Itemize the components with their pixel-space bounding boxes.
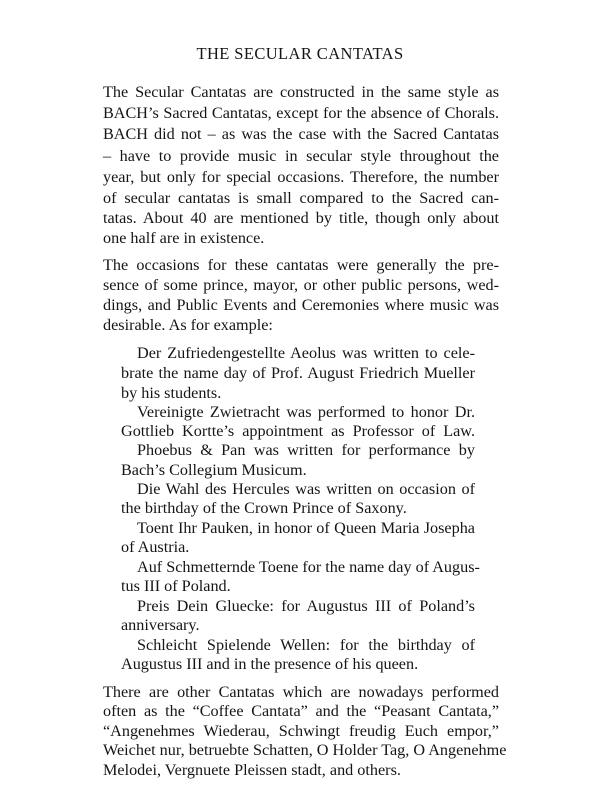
text-line: Melodei, Vergnuete Pleissen stadt, and o…: [103, 760, 499, 780]
text-line: tatas. About 40 are mentioned by title, …: [103, 208, 499, 228]
text-line: BACH’s Sacred Cantatas, except for the a…: [103, 103, 499, 123]
text-line: The Secular Cantatas are constructed in …: [103, 82, 499, 102]
text-line: Der Zufriedengestellte Aeolus was writte…: [137, 343, 475, 363]
text-line: BACH did not – as was the case with the …: [103, 124, 499, 144]
text-line: Die Wahl des Hercules was written on occ…: [137, 479, 475, 499]
text-line: Auf Schmetternde Toene for the name day …: [137, 557, 475, 577]
text-line: Vereinigte Zwietracht was performed to h…: [137, 402, 475, 422]
text-line: There are other Cantatas which are nowad…: [103, 682, 499, 702]
text-line: anniversary.: [121, 615, 475, 635]
text-line: desirable. As for example:: [103, 315, 499, 335]
text-line: the birthday of the Crown Prince of Saxo…: [121, 498, 475, 518]
text-line: of Austria.: [121, 537, 475, 557]
text-line: Gottlieb Kortte’s appointment as Profess…: [121, 421, 475, 441]
text-line: sence of some prince, mayor, or other pu…: [103, 275, 499, 295]
text-line: tus III of Poland.: [121, 576, 475, 596]
text-line: Toent Ihr Pauken, in honor of Queen Mari…: [137, 518, 475, 538]
text-line: Preis Dein Gluecke: for Augustus III of …: [137, 596, 475, 616]
text-line: Phoebus & Pan was written for performanc…: [137, 440, 475, 460]
text-line: Augustus III and in the presence of his …: [121, 654, 475, 674]
text-line: – have to provide music in secular style…: [103, 146, 499, 166]
text-line: of secular cantatas is small compared to…: [103, 188, 499, 208]
text-line: The occasions for these cantatas were ge…: [103, 255, 499, 275]
text-line: year, but only for special occasions. Th…: [103, 167, 499, 187]
text-line: by his students.: [121, 383, 475, 403]
page-title: THE SECULAR CANTATAS: [0, 44, 600, 64]
text-line: often as the “Coffee Cantata” and the “P…: [103, 701, 499, 721]
text-line: Bach’s Collegium Musicum.: [121, 460, 475, 480]
text-line: Schleicht Spielende Wellen: for the birt…: [137, 635, 475, 655]
text-line: one half are in existence.: [103, 228, 499, 248]
text-line: dings, and Public Events and Ceremonies …: [103, 295, 499, 315]
text-line: Weichet nur, betruebte Schatten, O Holde…: [103, 740, 499, 760]
text-line: brate the name day of Prof. August Fried…: [121, 363, 475, 383]
text-line: “Angenehmes Wiederau, Schwingt freudig E…: [103, 721, 499, 741]
